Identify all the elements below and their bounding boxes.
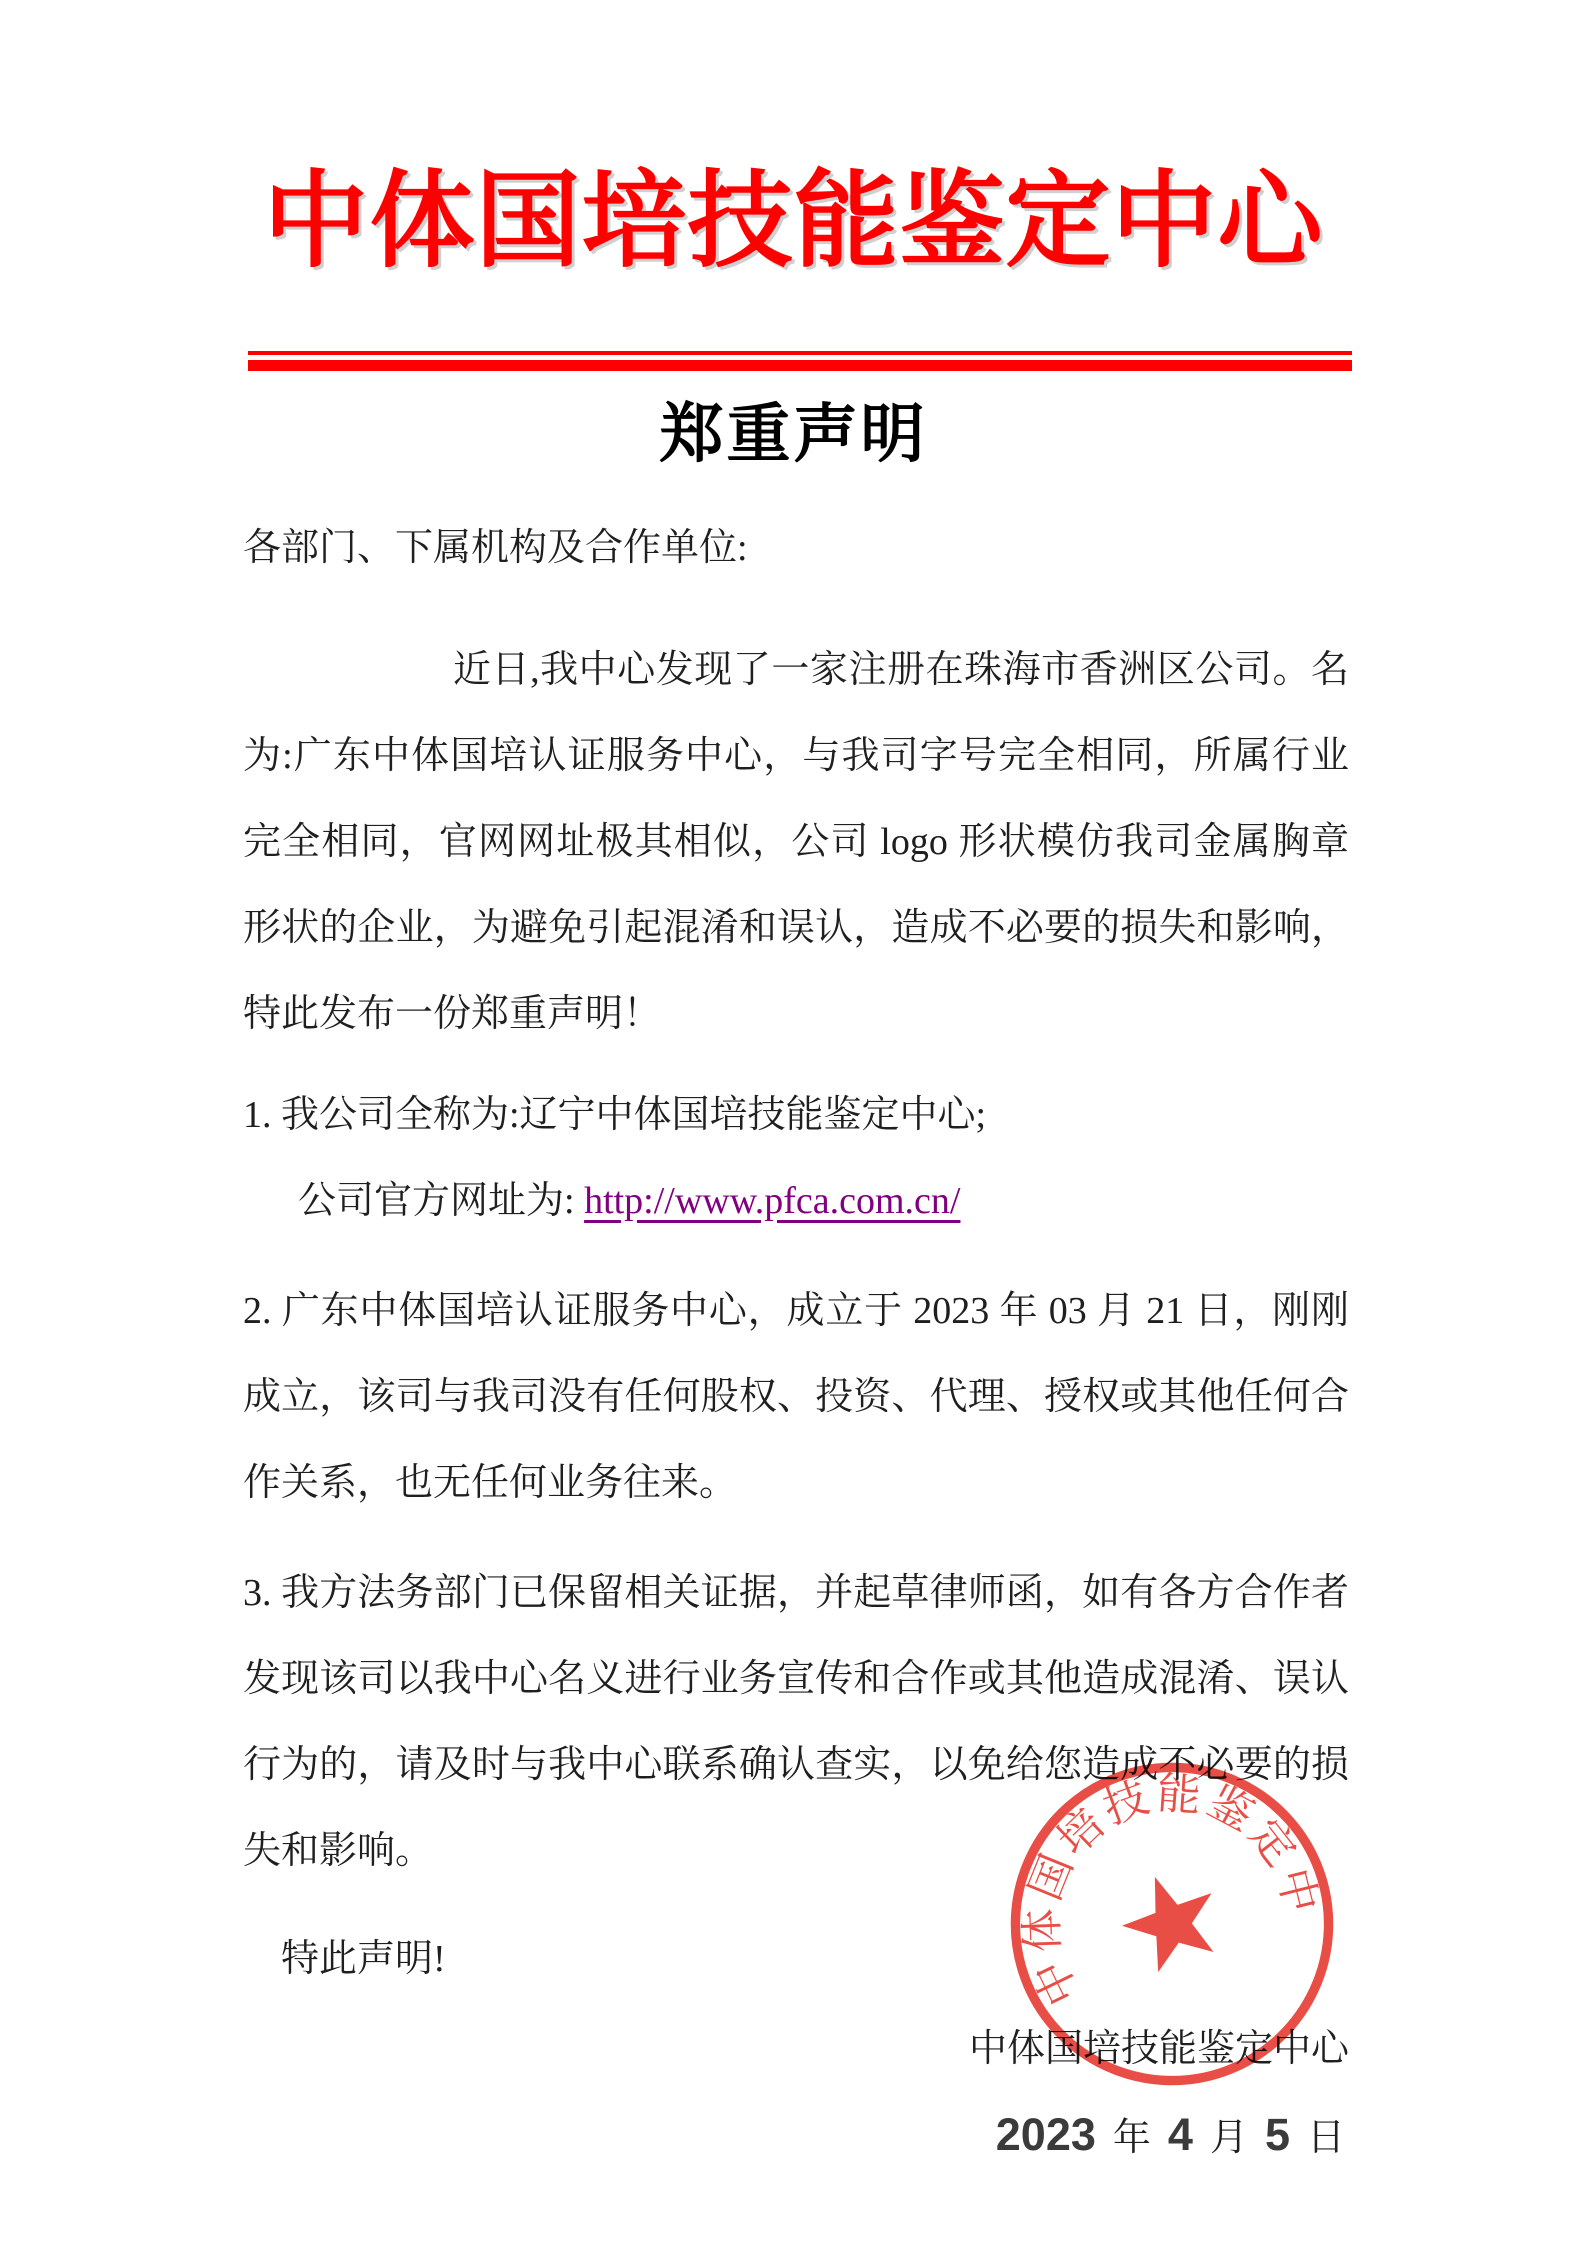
intro-paragraph: 近日,我中心发现了一家注册在珠海市香洲区公司。名为:广东中体国培认证服务中心，与… <box>243 627 1349 1057</box>
letterhead-rule-thick <box>248 360 1352 371</box>
signature-org-name: 中体国培技能鉴定中心 <box>243 2006 1349 2092</box>
date-day: 5 <box>1265 2092 1290 2178</box>
date-month: 4 <box>1168 2092 1193 2178</box>
salutation-line: 各部门、下属机构及合作单位: <box>243 505 1349 591</box>
website-label: 公司官方网址为: <box>298 1180 584 1222</box>
date-line: 2023 年 4 月 5 日 <box>243 2092 1349 2181</box>
numbered-item-2: 2. 广东中体国培认证服务中心，成立于 2023 年 03 月 21 日，刚刚成… <box>243 1268 1349 1526</box>
date-year-unit: 年 <box>1113 2095 1151 2181</box>
closing-line: 特此声明! <box>243 1916 1349 2002</box>
statement-body: 各部门、下属机构及合作单位: 近日,我中心发现了一家注册在珠海市香洲区公司。名为… <box>243 505 1349 2181</box>
numbered-item-1: 1. 我公司全称为:辽宁中体国培技能鉴定中心; <box>243 1072 1349 1158</box>
website-link[interactable]: http://www.pfca.com.cn/ <box>584 1180 960 1222</box>
date-day-unit: 日 <box>1307 2095 1345 2181</box>
numbered-item-3: 3. 我方法务部门已保留相关证据，并起草律师函，如有各方合作者发现该司以我中心名… <box>243 1550 1349 1894</box>
date-month-unit: 月 <box>1210 2095 1248 2181</box>
letterhead-rule-thin <box>248 351 1352 355</box>
statement-heading: 郑重声明 <box>0 400 1587 468</box>
date-year: 2023 <box>996 2092 1096 2178</box>
statement-document: 中体国培技能鉴定中心 郑重声明 各部门、下属机构及合作单位: 近日,我中心发现了… <box>0 0 1587 2245</box>
website-line: 公司官方网址为: http://www.pfca.com.cn/ <box>243 1158 1349 1244</box>
letterhead-org-name: 中体国培技能鉴定中心 <box>0 156 1587 287</box>
